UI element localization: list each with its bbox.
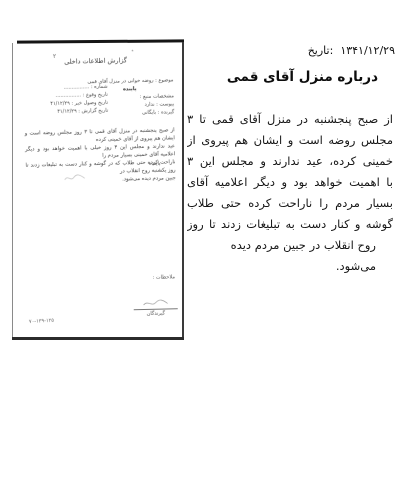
signature-mark-icon <box>64 172 86 182</box>
transcription-line: از صبح پنجشنبه در منزل آقای قمی تا ۳ روز <box>187 109 393 130</box>
transcription-line: مجلس روضه است و ایشان هم پیروی از آقای <box>187 130 393 151</box>
scan-stray-mark: ٭ <box>131 48 134 54</box>
transcription-line: خمینی کرده، عید ندارند و مجلس این ۳ روز … <box>187 151 393 172</box>
scan-edge-bottom <box>12 337 184 340</box>
scan-file-code: ۷۰-۱۳۹-۱۲۵ <box>29 318 54 325</box>
document-page: ۲ ٭ گزارش اطلاعات داخلی موضوع : روضه خوا… <box>0 0 400 500</box>
scanned-document: ۲ ٭ گزارش اطلاعات داخلی موضوع : روضه خوا… <box>12 40 184 340</box>
transcription-line: گوشه و کنار دست به تبلیغات زدند تا روز ی… <box>187 214 393 235</box>
transcription-paragraph: از صبح پنجشنبه در منزل آقای قمی تا ۳ روز… <box>187 109 393 256</box>
scan-source-signoff: پاینده <box>149 161 161 167</box>
date-line: تاریخ: ۱۳۴۱/۱۲/۲۹ <box>308 44 395 57</box>
date-value: ۱۳۴۱/۱۲/۲۹ <box>340 44 395 57</box>
page-title: درباره منزل آقای قمی <box>227 69 378 85</box>
scan-edge-left <box>12 43 13 338</box>
scan-notes-label: ملاحظات : <box>153 274 175 281</box>
scan-form-title: گزارش اطلاعات داخلی <box>15 55 176 67</box>
scan-report-text: از صبح پنجشنبه در منزل آقای قمی تا ۳ روز… <box>25 126 176 185</box>
transcription-line: بسیار مردم را ناراحت کرده حتی طلاب که در <box>187 193 393 214</box>
signature-scribble-icon <box>142 298 168 308</box>
transcription-line: روح انقلاب در جبین مردم دیده می‌شود. <box>187 235 393 256</box>
scan-field-report-date: تاریخ گزارش : ۴۱/۱۲/۲۹ <box>32 107 108 117</box>
scan-recipients-label: گیرندگان <box>134 308 178 317</box>
scan-recipients-block: گیرندگان <box>133 298 177 317</box>
date-label: تاریخ: <box>308 44 334 57</box>
scan-form-left-column: شماره : ................ تاریخ وقوع : ..… <box>32 83 109 117</box>
transcription-line: با اهمیت خواهد بود و دیگر اعلامیه آقای خ… <box>187 172 393 193</box>
scan-edge-right <box>182 42 184 339</box>
scan-content: ۲ ٭ گزارش اطلاعات داخلی موضوع : روضه خوا… <box>15 42 183 337</box>
